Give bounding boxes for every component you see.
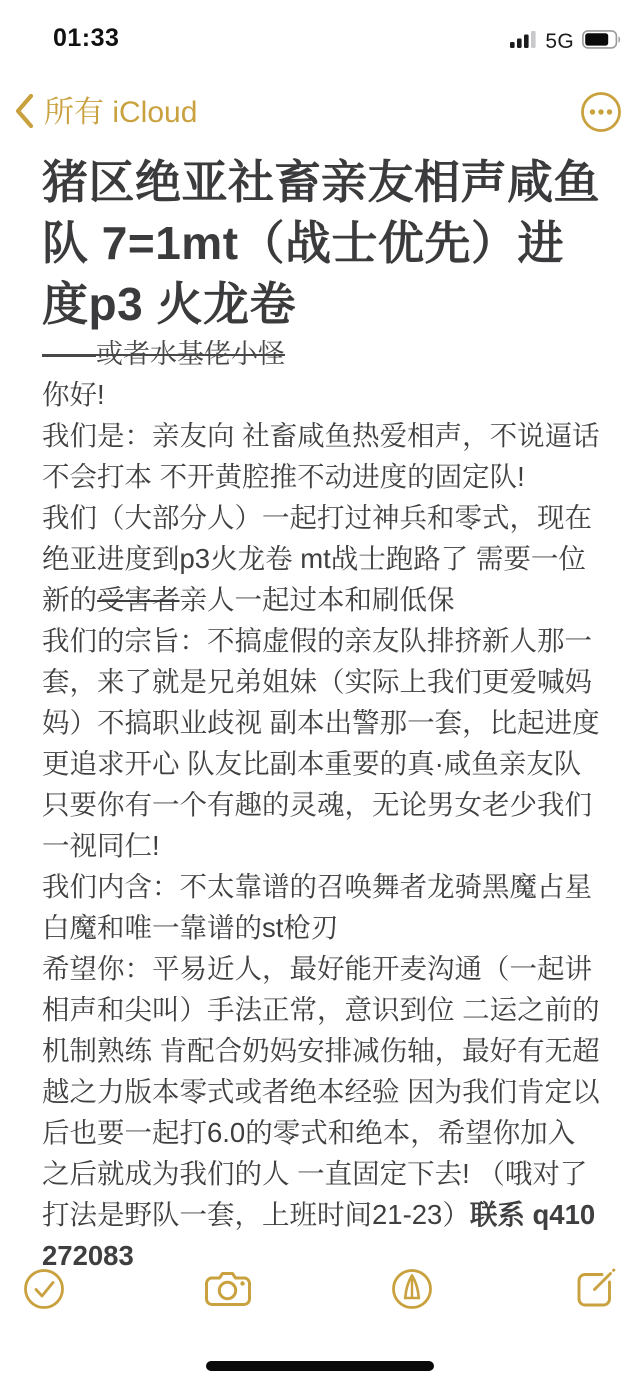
cellular-signal-icon: [510, 31, 537, 54]
note-subtitle-strikethrough: ——或者水基佬小怪: [42, 336, 600, 372]
checkmark-circle-icon: [22, 1267, 66, 1316]
paragraph-text-strikethrough: 受害者: [97, 584, 180, 615]
markup-pen-button[interactable]: [389, 1268, 435, 1314]
note-title: 猪区绝亚社畜亲友相声咸鱼队 7=1mt（战士优先）进度p3 火龙卷: [42, 152, 600, 335]
compose-icon: [574, 1267, 618, 1316]
more-options-button[interactable]: [579, 90, 623, 134]
paragraph-text: 希望你：平易近人，最好能开麦沟通（一起讲相声和尖叫）手法正常，意识到位 二运之前…: [42, 953, 600, 1230]
checklist-button[interactable]: [21, 1268, 67, 1314]
compose-button[interactable]: [573, 1268, 619, 1314]
paragraph-text: 我们的宗旨：不搞虚假的亲友队排挤新人那一套，来了就是兄弟姐妹（实际上我们更爱喊妈…: [42, 625, 600, 861]
paragraph-text: 亲人一起过本和刷低保: [180, 584, 455, 615]
camera-icon: [204, 1269, 252, 1314]
bottom-toolbar: [0, 1263, 640, 1319]
status-bar: 01:33 5G: [0, 0, 640, 62]
note-paragraph: 我们是：亲友向 社畜咸鱼热爱相声，不说逼话不会打本 不开黄腔推不动进度的固定队!: [42, 415, 600, 497]
back-button-label: 所有 iCloud: [44, 92, 197, 134]
paragraph-text: 你好!: [42, 379, 105, 410]
note-content[interactable]: 猪区绝亚社畜亲友相声咸鱼队 7=1mt（战士优先）进度p3 火龙卷 ——或者水基…: [42, 152, 600, 1276]
note-body: 你好! 我们是：亲友向 社畜咸鱼热爱相声，不说逼话不会打本 不开黄腔推不动进度的…: [42, 374, 600, 1276]
status-time: 01:33: [53, 24, 119, 53]
note-paragraph: 希望你：平易近人，最好能开麦沟通（一起讲相声和尖叫）手法正常，意识到位 二运之前…: [42, 948, 600, 1276]
battery-icon: [582, 30, 622, 54]
camera-button[interactable]: [205, 1268, 251, 1314]
nav-bar: 所有 iCloud: [0, 86, 640, 144]
paragraph-text: 我们是：亲友向 社畜咸鱼热爱相声，不说逼话不会打本 不开黄腔推不动进度的固定队!: [42, 420, 600, 492]
note-paragraph: 你好!: [42, 374, 600, 415]
markup-pen-icon: [390, 1267, 434, 1316]
chevron-left-icon: [13, 93, 36, 134]
ellipsis-circle-icon: [579, 121, 623, 138]
note-paragraph: 我们内含：不太靠谱的召唤舞者龙骑黑魔占星白魔和唯一靠谱的st枪刃: [42, 866, 600, 948]
paragraph-text: 我们内含：不太靠谱的召唤舞者龙骑黑魔占星白魔和唯一靠谱的st枪刃: [42, 871, 592, 943]
note-paragraph: 我们的宗旨：不搞虚假的亲友队排挤新人那一套，来了就是兄弟姐妹（实际上我们更爱喊妈…: [42, 620, 600, 866]
network-type-label: 5G: [545, 30, 574, 54]
home-indicator[interactable]: [206, 1361, 434, 1371]
back-button[interactable]: 所有 iCloud: [13, 92, 197, 134]
note-paragraph: 我们（大部分人）一起打过神兵和零式，现在绝亚进度到p3火龙卷 mt战士跑路了 需…: [42, 497, 600, 620]
notes-app-screen: 01:33 5G: [0, 0, 640, 1385]
